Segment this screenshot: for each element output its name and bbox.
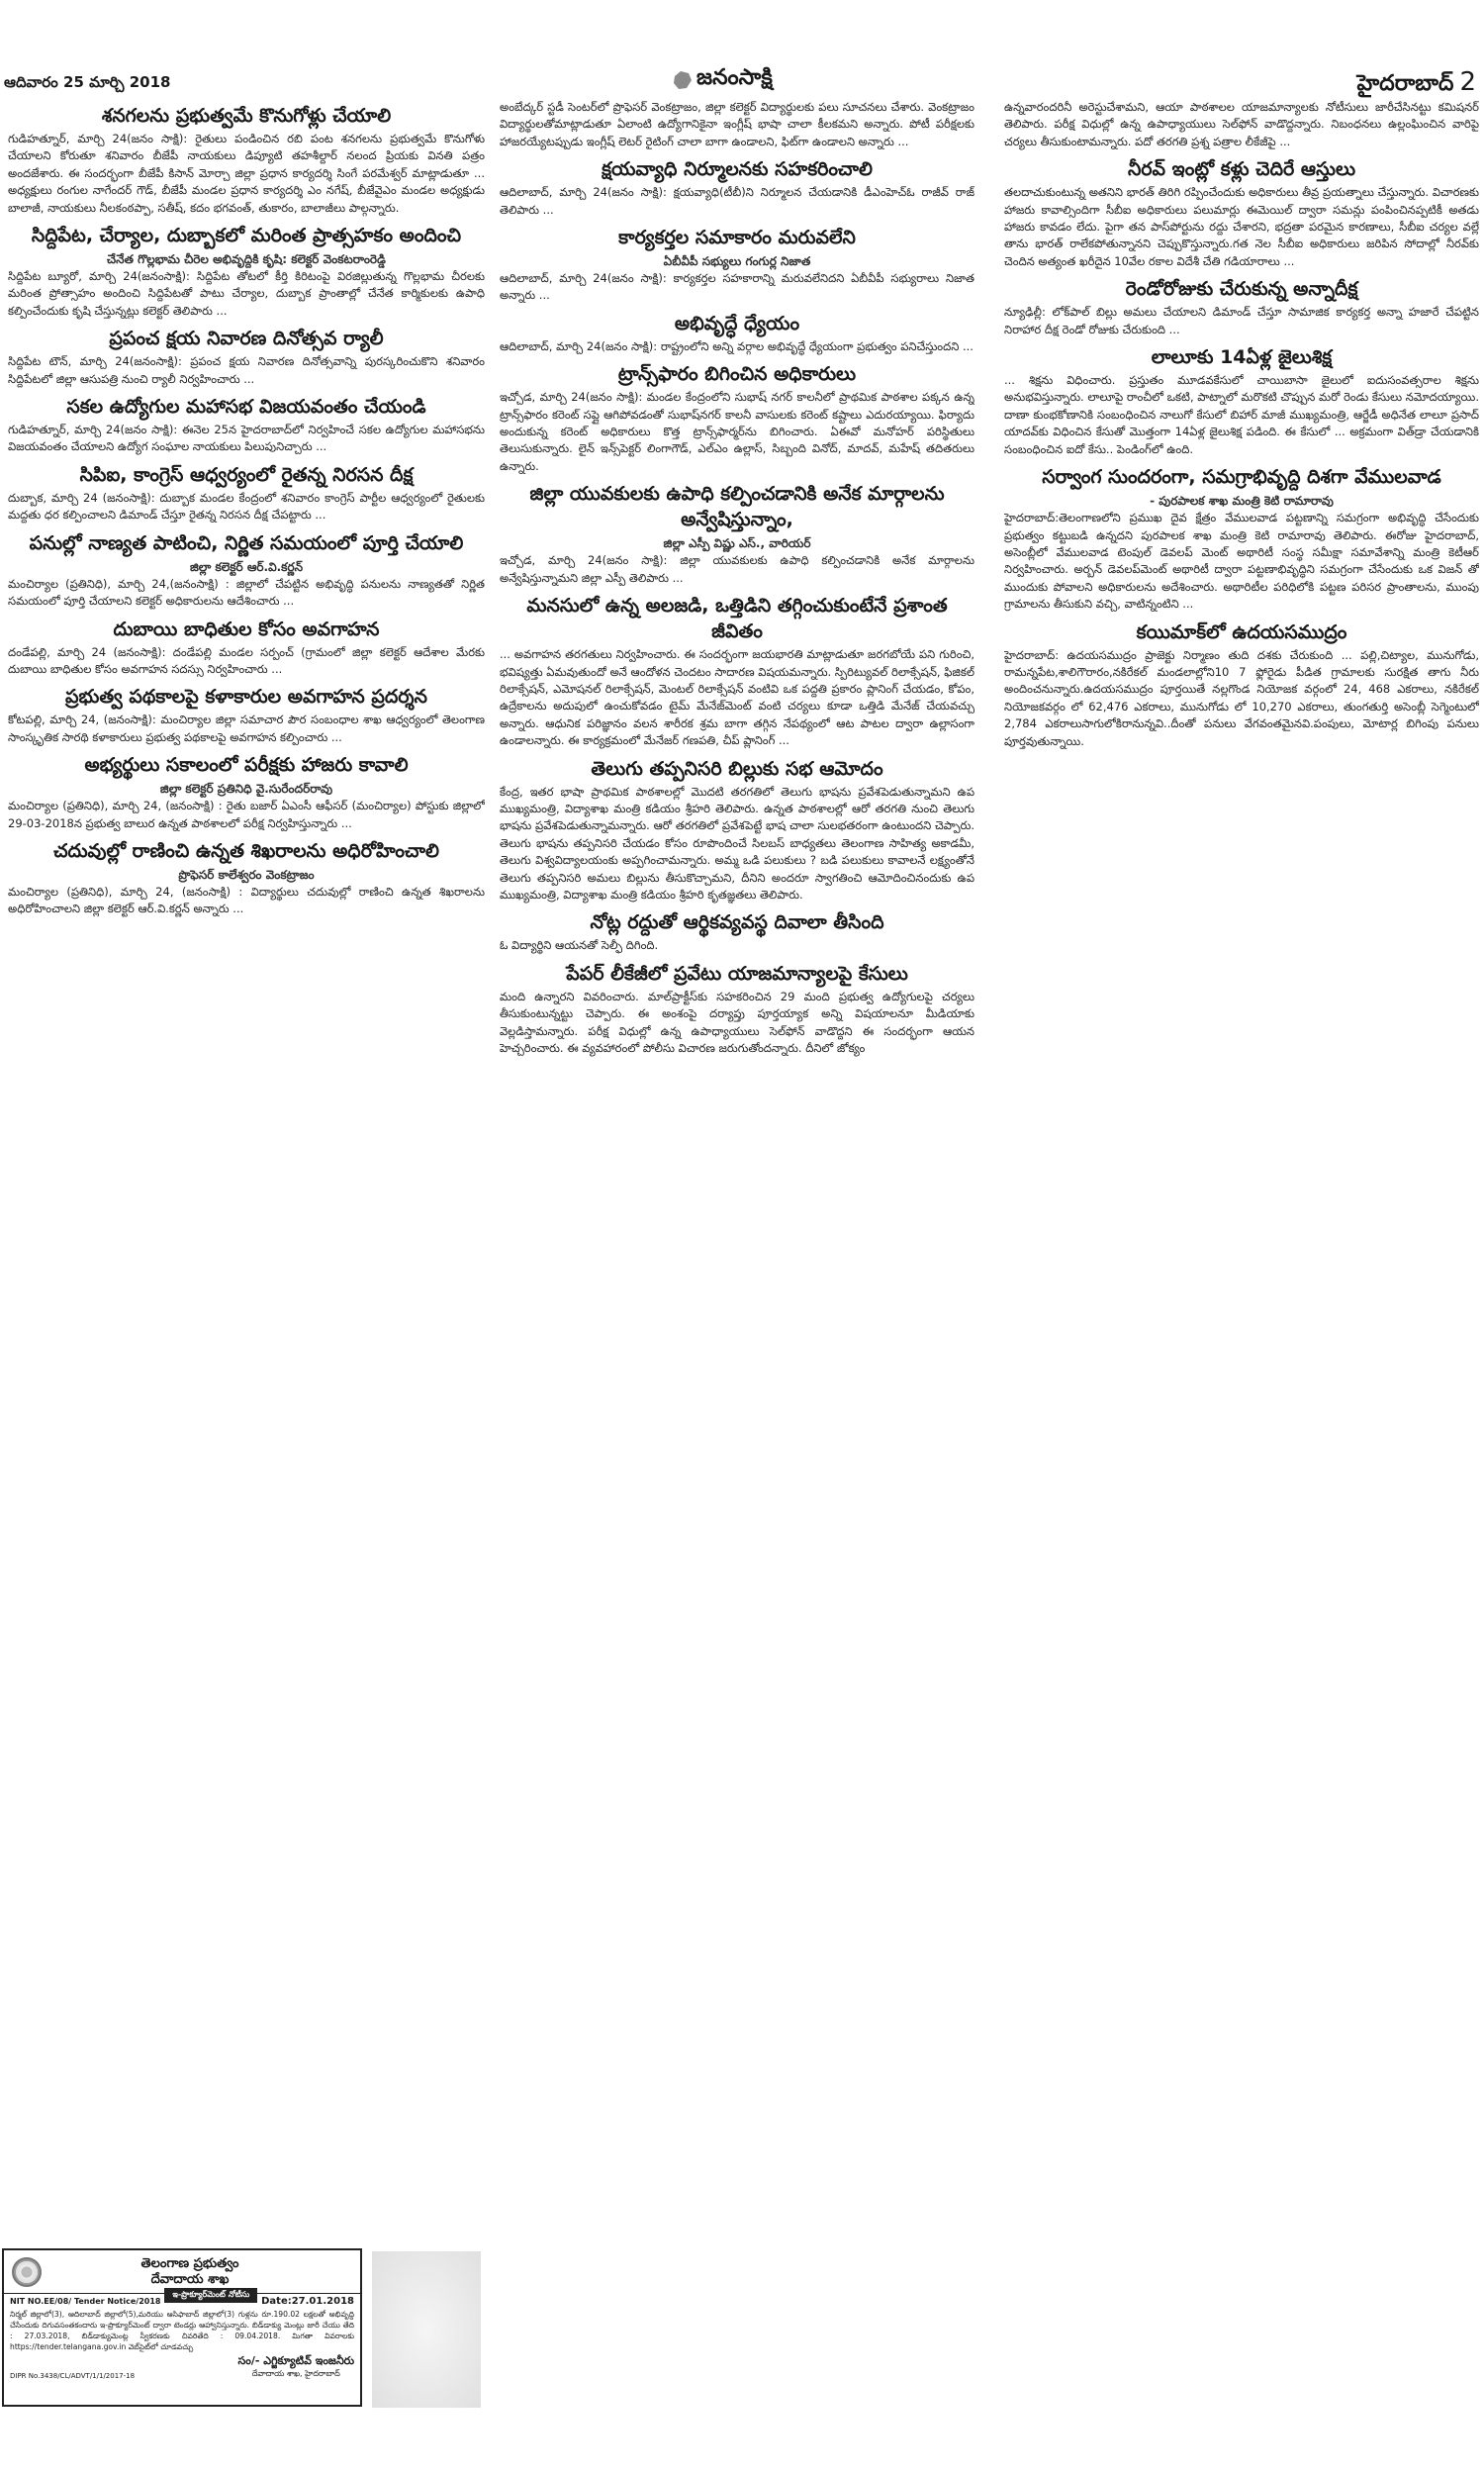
story-headline: పేపర్ లీకేజీలో ప్రవేటు యాజమాన్యాలపై కేసు… — [500, 961, 974, 987]
story-subhead: ఏబీవీపీ సభ్యులు గంగుర్ల నిజాత — [500, 252, 974, 270]
story-body: ... అవగాహన తరగతులు నిర్వహించారు. ఈ సందర్… — [500, 646, 974, 749]
story-headline: తెలుగు తప్పనిసరి బిల్లుకు సభ ఆమోదం — [500, 756, 974, 782]
column-1: శనగలను ప్రభుత్వమే కొనుగోళ్లు చేయాలిగుడిహ… — [8, 99, 485, 2237]
news-story: కయిమాక్‌లో ఉదయసముద్రంహైదరాబాద్: ఉదయసముద్… — [1004, 619, 1479, 750]
story-body: దండేపల్లి, మార్చి 24 (జనంసాక్షి): దండేపల… — [8, 644, 485, 679]
edition-city: హైదరాబాద్ — [1356, 71, 1453, 96]
news-story: సర్వాంగ సుందరంగా, సమగ్రాభివృద్ది దిశగా వ… — [1004, 464, 1479, 613]
story-body: హైదరాబాద్: ఉదయసముద్రం ప్రాజెక్టు నిర్మాణ… — [1004, 647, 1479, 750]
news-story: అంబేద్కర్ స్టడీ సెంటర్‌లో ప్రొఫెసర్ వెంక… — [500, 99, 974, 150]
news-story: ప్రపంచ క్షయ నివారణ దినోత్సవ ర్యాలీసిద్ది… — [8, 326, 485, 388]
story-subhead: జిల్లా ఎస్పీ విష్ణు ఎస్., వారియర్ — [500, 534, 974, 552]
story-headline: ట్రాన్స్‌ఫారం బిగించిన అధికారులు — [500, 361, 974, 387]
masthead: ఆదివారం 25 మార్చి 2018 జనంసాక్షి హైదరాబా… — [0, 59, 1484, 95]
story-body: గుడిహత్నూర్, మార్చి 24(జనం సాక్షి): ఈనెల… — [8, 422, 485, 456]
nit-number: NIT NO.EE/08/ Tender Notice/2018 — [10, 2297, 160, 2306]
story-subhead: చేనేత గొల్లభామ చీరెల అభివృద్దికి కృషి: క… — [8, 250, 485, 268]
story-body: మంది ఉన్నారని వివరించారు. మాల్‌ప్రాక్టీస… — [500, 989, 974, 1058]
news-story: శనగలను ప్రభుత్వమే కొనుగోళ్లు చేయాలిగుడిహ… — [8, 103, 485, 217]
news-story: కార్యకర్తల సమాకారం మరువలేనిఏబీవీపీ సభ్యు… — [500, 225, 974, 305]
story-body: సిద్దిపేట బ్యూరో, మార్చి 24(జనంసాక్షి): … — [8, 268, 485, 320]
news-story: నీరవ్ ఇంట్లో కళ్లు చెదిరే ఆస్తులుతలదాచుక… — [1004, 156, 1479, 270]
story-headline: కయిమాక్‌లో ఉదయసముద్రం — [1004, 619, 1479, 645]
issue-date: ఆదివారం 25 మార్చి 2018 — [4, 73, 170, 95]
news-story: అభివృద్ధే ధ్యేయంఆదిలాబాద్, మార్చి 24(జనం… — [500, 311, 974, 355]
news-story: రెండోరోజుకు చేరుకున్న అన్నాదీక్షన్యూఢిల్… — [1004, 276, 1479, 338]
story-headline: దుబాయి బాధితుల కోసం అవగాహన — [8, 617, 485, 642]
news-story: తెలుగు తప్పనిసరి బిల్లుకు సభ ఆమోదంకేంద్ర… — [500, 756, 974, 904]
news-story: దుబాయి బాధితుల కోసం అవగాహనదండేపల్లి, మార… — [8, 617, 485, 679]
story-subhead: జిల్లా కలెక్టర్ ఆర్.వి.కర్ణన్ — [8, 558, 485, 576]
story-headline: కార్యకర్తల సమాకారం మరువలేని — [500, 225, 974, 250]
story-headline: సిద్దిపేట, చేర్యాల, దుబ్బాకలో మరింత ప్రా… — [8, 223, 485, 248]
column-2-3: అంబేద్కర్ స్టడీ సెంటర్‌లో ప్రొఫెసర్ వెంక… — [500, 99, 974, 2420]
image-placeholder — [372, 2251, 481, 2408]
news-story: లాలూకు 14ఏళ్ల జైలుశిక్ష... శిక్షను విధిం… — [1004, 344, 1479, 458]
tender-signatory: సం/- ఎగ్జిక్యూటివ్ ఇంజనీరు దేవాదాయ శాఖ, … — [238, 2354, 354, 2380]
news-story: జిల్లా యువకులకు ఉపాధి కల్పించడానికి అనేక… — [500, 481, 974, 587]
story-body: ... శిక్షను విధించారు. ప్రస్తుతం మూడవకేస… — [1004, 372, 1479, 458]
story-headline: క్షయవ్యాధి నిర్మూలనకు సహకరించాలి — [500, 156, 974, 182]
story-body: గుడిహత్నూర్, మార్చి 24(జనం సాక్షి): రైతు… — [8, 131, 485, 217]
dipr-number: DIPR No.3438/CL/ADVT/1/1/2017-18 — [10, 2372, 135, 2380]
story-headline: మనసులో ఉన్న అలజడి, ఒత్తిడిని తగ్గించుకుం… — [500, 593, 974, 644]
story-body: హైదరాబాద్:తెలంగాణలోని ప్రముఖ దైవ క్షేత్ర… — [1004, 510, 1479, 613]
story-headline: లాలూకు 14ఏళ్ల జైలుశిక్ష — [1004, 344, 1479, 370]
story-body: మంచిర్యాల (ప్రతినిధి), మార్చి 24, (జనంసా… — [8, 798, 485, 832]
story-headline: ప్రపంచ క్షయ నివారణ దినోత్సవ ర్యాలీ — [8, 326, 485, 351]
news-story: పేపర్ లీకేజీలో ప్రవేటు యాజమాన్యాలపై కేసు… — [500, 961, 974, 1058]
tender-notice-ad: తెలంగాణ ప్రభుత్వం దేవాదాయ శాఖ NIT NO.EE/… — [2, 2248, 362, 2407]
story-body: ఆదిలాబాద్, మార్చి 24(జనం సాక్షి): కార్యక… — [500, 270, 974, 305]
story-headline: సర్వాంగ సుందరంగా, సమగ్రాభివృద్ది దిశగా వ… — [1004, 464, 1479, 490]
story-body: కేంద్ర, ఇతర భాషా ప్రాథమిక పాఠశాలల్లో మొద… — [500, 784, 974, 904]
page-number: 2 — [1459, 67, 1476, 97]
story-headline: శనగలను ప్రభుత్వమే కొనుగోళ్లు చేయాలి — [8, 103, 485, 129]
eprocurement-badge: ఇ-ప్రొక్యూర్‌మెంట్ నోటీసు — [164, 2288, 257, 2303]
news-story: ట్రాన్స్‌ఫారం బిగించిన అధికారులుఇచ్చోడ, … — [500, 361, 974, 475]
tender-date: Date:27.01.2018 — [261, 2296, 354, 2307]
news-story: నోట్ల రద్దుతో ఆర్థికవ్యవస్థ దివాలా తీసిం… — [500, 909, 974, 954]
story-body: సిద్దిపేట టౌన్, మార్చి 24(జనంసాక్షి): ప్… — [8, 353, 485, 388]
story-headline: రెండోరోజుకు చేరుకున్న అన్నాదీక్ష — [1004, 276, 1479, 302]
tender-body: నిర్మల్ జిల్లాలో(3), ఆదిలాబాద్ జిల్లాలో(… — [4, 2309, 360, 2352]
story-body: మంచిర్యాల (ప్రతినిధి), మార్చి 24,(జనంసాక… — [8, 576, 485, 611]
story-body: న్యూఢిల్లీ: లోక్‌పాల్ బిల్లు అమలు చేయాలన… — [1004, 304, 1479, 338]
story-body: ఉన్నవారందరినీ అరెస్టుచేశామని, ఆయా పాఠశాల… — [1004, 99, 1479, 150]
story-body: ఇచ్చోడ, మార్చి 24(జనం సాక్షి): మండల కేంద… — [500, 389, 974, 475]
telangana-map-icon — [673, 70, 693, 90]
story-subhead: జిల్లా కలెక్టర్ ప్రతినిధి వై.సురేందర్‌రా… — [8, 780, 485, 798]
news-story: ఉన్నవారందరినీ అరెస్టుచేశామని, ఆయా పాఠశాల… — [1004, 99, 1479, 150]
story-headline: చదువుల్లో రాణించి ఉన్నత శిఖరాలను అధిరోహి… — [8, 838, 485, 864]
story-body: కోటపల్లి, మార్చి 24, (జనంసాక్షి): మంచిర్… — [8, 712, 485, 746]
news-story: సిపిఐ, కాంగ్రెస్ ఆధ్వర్యంలో రైతన్న నిరసన… — [8, 462, 485, 524]
story-body: ఆదిలాబాద్, మార్చి 24(జనం సాక్షి): క్షయవ్… — [500, 184, 974, 219]
story-body: ఓ విద్యార్థిని ఆయనతో సెల్ఫీ దిగింది. — [500, 937, 974, 954]
story-headline: అభివృద్ధే ధ్యేయం — [500, 311, 974, 336]
story-body: ఆదిలాబాద్, మార్చి 24(జనం సాక్షి): రాష్ట్… — [500, 338, 974, 355]
story-headline: నోట్ల రద్దుతో ఆర్థికవ్యవస్థ దివాలా తీసిం… — [500, 909, 974, 935]
news-story: క్షయవ్యాధి నిర్మూలనకు సహకరించాలిఆదిలాబాద… — [500, 156, 974, 219]
news-story: సకల ఉద్యోగుల మహాసభ విజయవంతం చేయండిగుడిహత… — [8, 394, 485, 456]
story-body: తలదాచుకుంటున్న అతనిని భారత్ తిరిగి రప్పి… — [1004, 184, 1479, 270]
news-story: చదువుల్లో రాణించి ఉన్నత శిఖరాలను అధిరోహి… — [8, 838, 485, 918]
story-headline: సిపిఐ, కాంగ్రెస్ ఆధ్వర్యంలో రైతన్న నిరసన… — [8, 462, 485, 488]
edition-label: హైదరాబాద్2 — [1356, 67, 1476, 101]
story-headline: సకల ఉద్యోగుల మహాసభ విజయవంతం చేయండి — [8, 394, 485, 420]
news-story: సిద్దిపేట, చేర్యాల, దుబ్బాకలో మరింత ప్రా… — [8, 223, 485, 320]
story-subhead: - పురపాలక శాఖ మంత్రి కెటి రామారావు — [1004, 492, 1479, 510]
story-headline: ప్రభుత్వ పథకాలపై కళాకారుల అవగాహన ప్రదర్శ… — [8, 684, 485, 710]
newspaper-logo: జనంసాక్షి — [673, 65, 773, 95]
story-headline: నీరవ్ ఇంట్లో కళ్లు చెదిరే ఆస్తులు — [1004, 156, 1479, 182]
story-headline: పనుల్లో నాణ్యత పాటించి, నిర్ణిత సమయంలో ప… — [8, 530, 485, 556]
story-subhead: ప్రొఫెసర్ కాలేశ్వరం వెంకట్రాజం — [8, 866, 485, 884]
news-story: పనుల్లో నాణ్యత పాటించి, నిర్ణిత సమయంలో ప… — [8, 530, 485, 611]
logo-text: జనంసాక్షి — [696, 65, 773, 95]
tender-footer: DIPR No.3438/CL/ADVT/1/1/2017-18 సం/- ఎగ… — [4, 2352, 360, 2382]
tender-title: తెలంగాణ ప్రభుత్వం దేవాదాయ శాఖ — [49, 2256, 360, 2288]
story-body: మంచిర్యాల (ప్రతినిధి), మార్చి 24, (జనంసా… — [8, 884, 485, 918]
story-headline: జిల్లా యువకులకు ఉపాధి కల్పించడానికి అనేక… — [500, 481, 974, 532]
story-headline: అభ్యర్థులు సకాలంలో పరీక్షకు హాజరు కావాలి — [8, 752, 485, 778]
story-body: దుబ్బాక, మార్చి 24 (జనంసాక్షి): దుబ్బాక … — [8, 490, 485, 524]
news-story: అభ్యర్థులు సకాలంలో పరీక్షకు హాజరు కావాలి… — [8, 752, 485, 832]
news-story: మనసులో ఉన్న అలజడి, ఒత్తిడిని తగ్గించుకుం… — [500, 593, 974, 749]
story-body: ఇచ్చోడ, మార్చి 24(జనం సాక్షి): జిల్లా యు… — [500, 552, 974, 587]
story-body: అంబేద్కర్ స్టడీ సెంటర్‌లో ప్రొఫెసర్ వెంక… — [500, 99, 974, 150]
government-seal-icon — [12, 2257, 42, 2287]
news-story: ప్రభుత్వ పథకాలపై కళాకారుల అవగాహన ప్రదర్శ… — [8, 684, 485, 746]
column-4: ఉన్నవారందరినీ అరెస్టుచేశామని, ఆయా పాఠశాల… — [1004, 99, 1479, 2420]
tender-meta: NIT NO.EE/08/ Tender Notice/2018 ఇ-ప్రొక… — [4, 2294, 360, 2309]
